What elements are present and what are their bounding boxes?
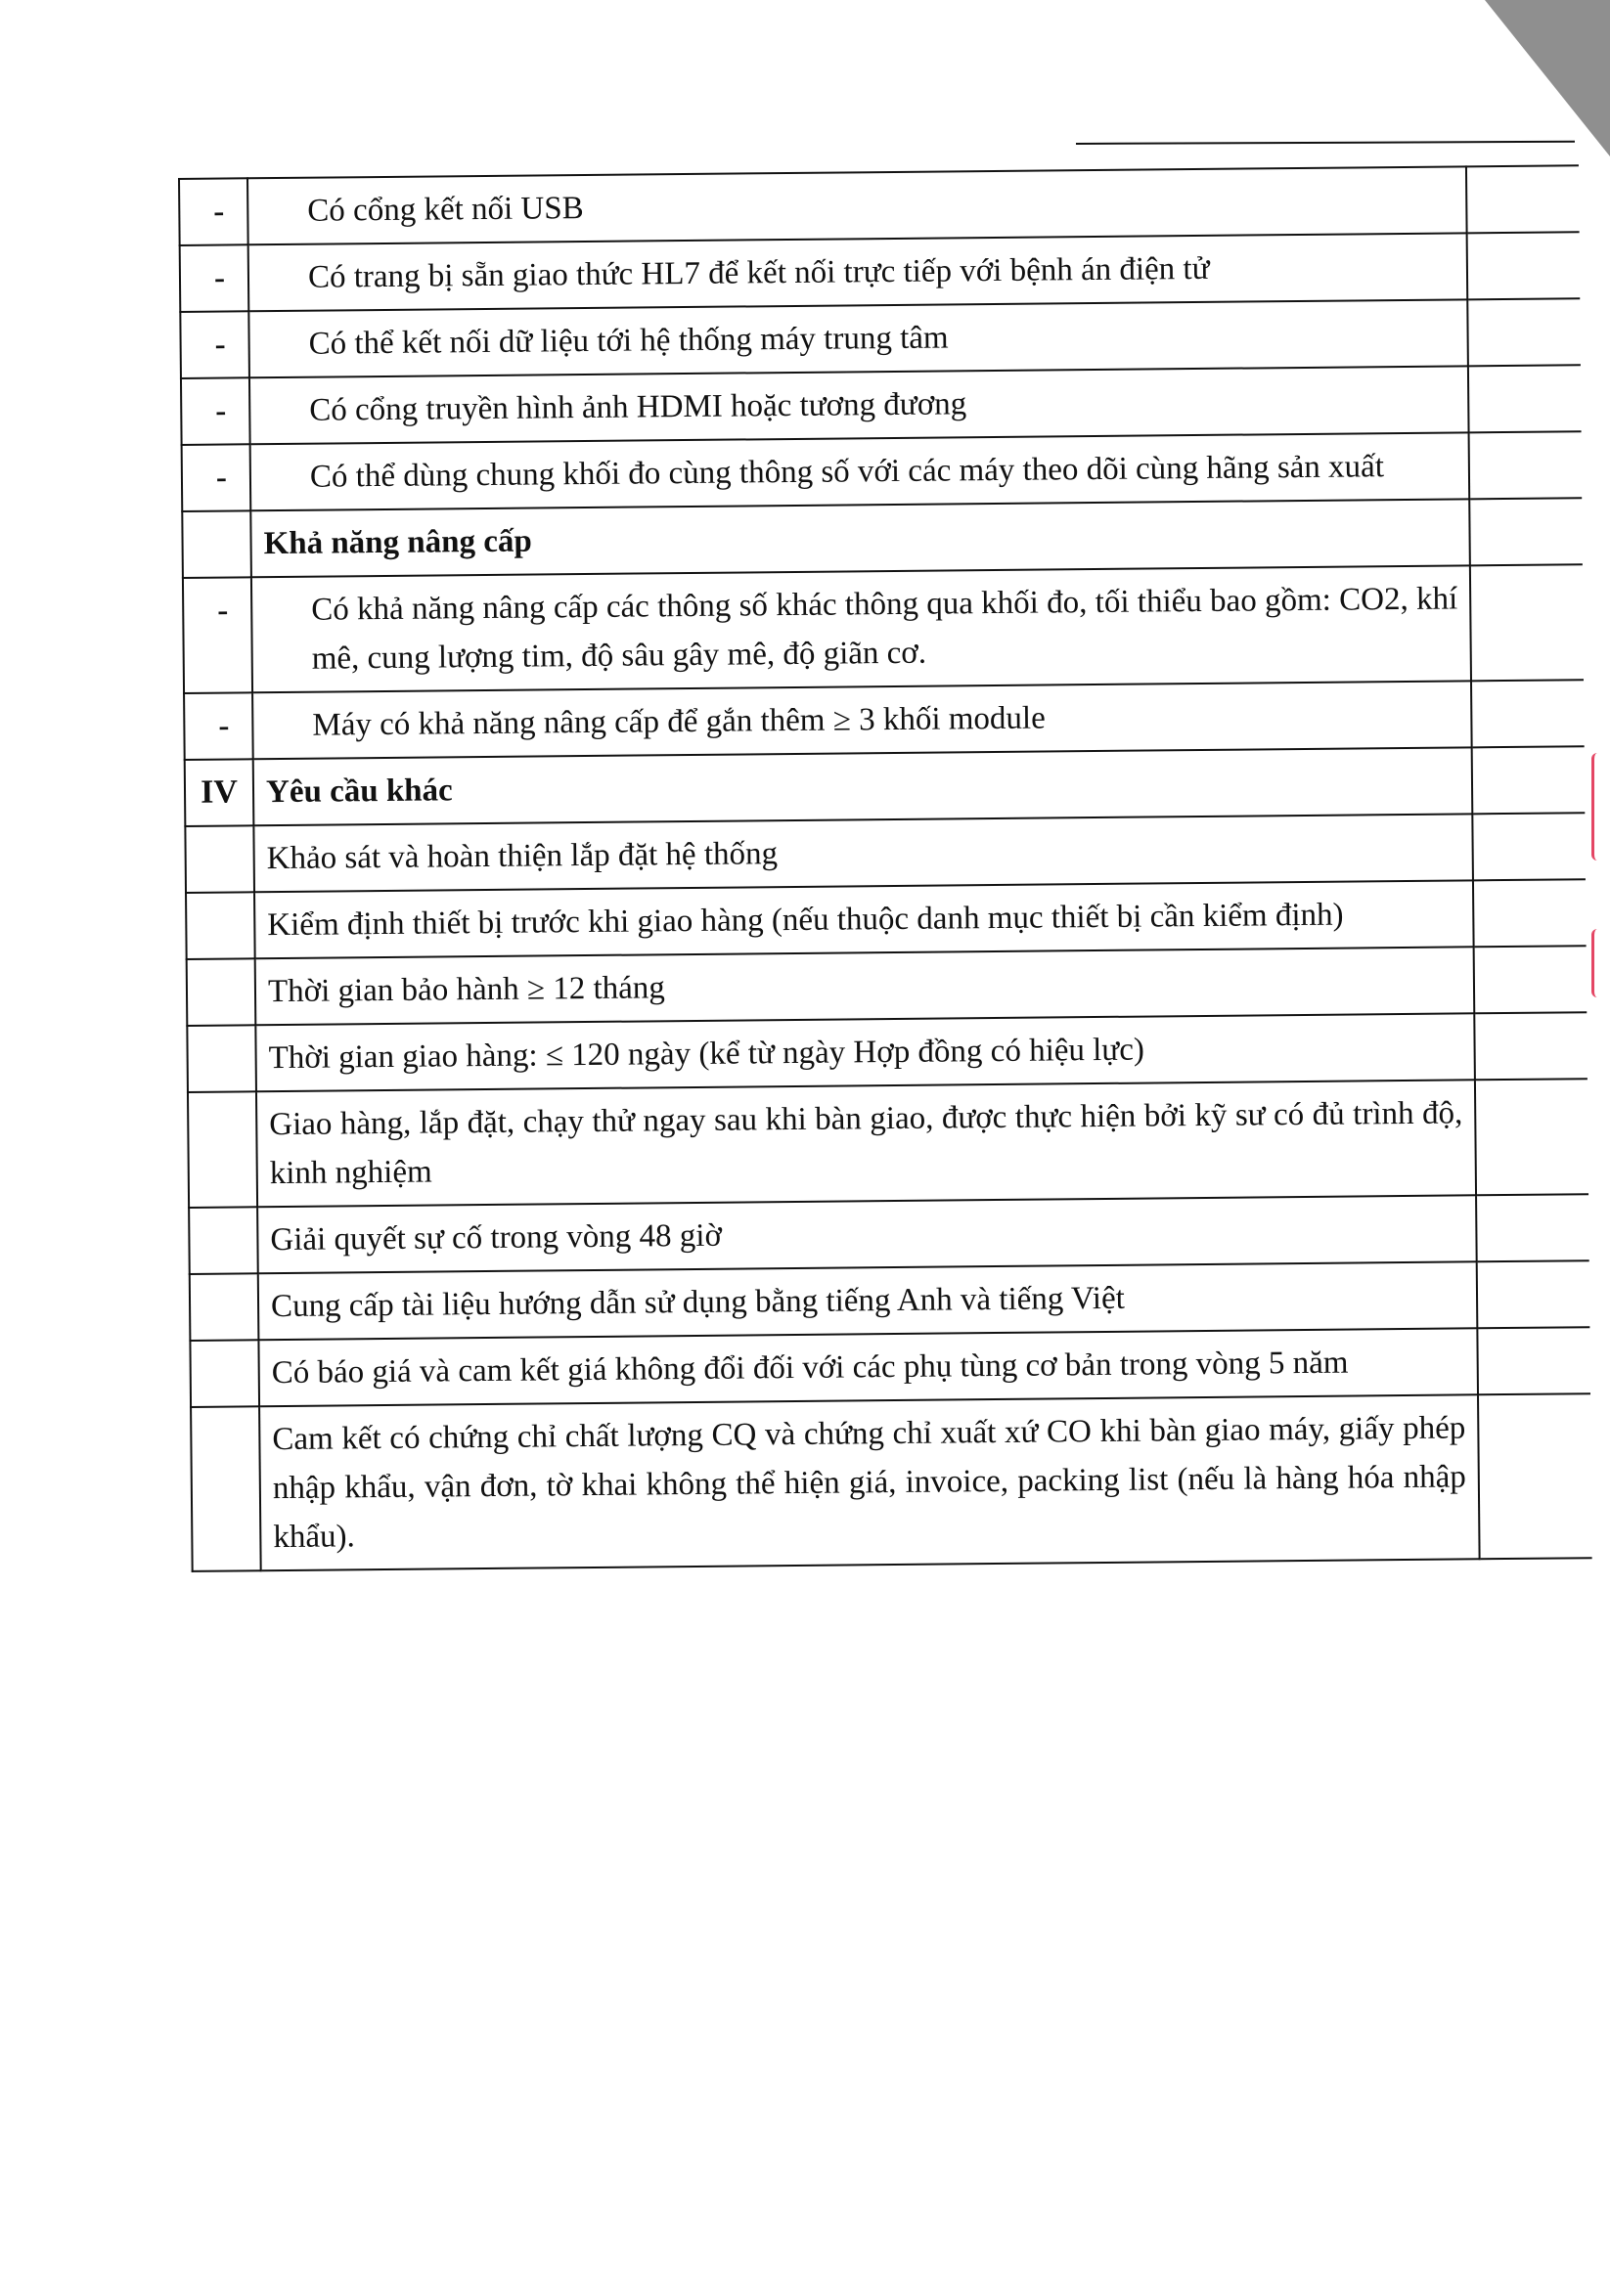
spec-table-wrapper: -Có cổng kết nối USB-Có trang bị sẵn gia…	[178, 164, 1590, 1572]
empty-note-cell	[1478, 1393, 1592, 1559]
requirement-cell: Giải quyết sự cố trong vòng 48 giờ	[257, 1195, 1477, 1273]
row-number-cell	[191, 1406, 261, 1571]
bullet-item: -Có thể kết nối dữ liệu tới hệ thống máy…	[261, 308, 1454, 369]
requirement-cell: Kiểm định thiết bị trước khi giao hàng (…	[254, 880, 1474, 958]
bullet-item: -Có trang bị sẵn giao thức HL7 để kết nố…	[261, 242, 1454, 302]
empty-note-cell	[1473, 879, 1587, 947]
requirement-text: Có thể kết nối dữ liệu tới hệ thống máy …	[308, 320, 948, 361]
bullet-item: -Có khả năng nâng cấp các thông số khác …	[264, 574, 1458, 684]
requirement-cell: -Có cổng truyền hình ảnh HDMI hoặc tương…	[249, 366, 1469, 444]
empty-note-cell	[1474, 1012, 1588, 1080]
empty-note-cell	[1467, 232, 1581, 299]
empty-note-cell	[1472, 746, 1586, 814]
dash-bullet-icon: -	[260, 187, 307, 236]
row-number-cell	[190, 1273, 259, 1341]
technical-requirements-table: -Có cổng kết nối USB-Có trang bị sẵn gia…	[178, 164, 1592, 1572]
empty-note-cell	[1469, 431, 1583, 499]
row-number-cell	[187, 1025, 256, 1092]
row-number-cell	[186, 892, 255, 959]
requirement-cell: -Có thể kết nối dữ liệu tới hệ thống máy…	[248, 299, 1468, 377]
scanned-page: -Có cổng kết nối USB-Có trang bị sẵn gia…	[0, 0, 1610, 2296]
requirement-cell: Thời gian bảo hành ≥ 12 tháng	[255, 947, 1475, 1025]
requirement-cell: Yêu cầu khác	[253, 747, 1473, 825]
dash-bullet-icon: -	[261, 320, 308, 369]
requirement-text: Thời gian bảo hành ≥ 12 tháng	[268, 970, 665, 1009]
requirement-text: Cam kết có chứng chỉ chất lượng CQ và ch…	[272, 1410, 1466, 1555]
empty-note-cell	[1466, 165, 1580, 233]
requirement-text: Có báo giá và cam kết giá không đổi đối …	[272, 1346, 1349, 1391]
requirement-cell: -Có trang bị sẵn giao thức HL7 để kết nố…	[248, 233, 1468, 311]
dash-bullet-icon: -	[265, 701, 312, 750]
dash-bullet-icon: -	[264, 586, 311, 635]
requirement-cell: Khảo sát và hoàn thiện lắp đặt hệ thống	[253, 814, 1473, 892]
row-number-cell	[185, 825, 254, 893]
requirement-cell: Cung cấp tài liệu hướng dẫn sử dụng bằng…	[258, 1261, 1478, 1340]
requirement-cell: Cam kết có chứng chỉ chất lượng CQ và ch…	[259, 1394, 1480, 1570]
requirement-text: Thời gian giao hàng: ≤ 120 ngày (kể từ n…	[268, 1033, 1144, 1077]
bullet-item: -Có cổng truyền hình ảnh HDMI hoặc tương…	[262, 375, 1455, 435]
table-body: -Có cổng kết nối USB-Có trang bị sẵn gia…	[179, 165, 1592, 1571]
dash-bullet-icon: -	[263, 453, 310, 502]
bullet-item: -Máy có khả năng nâng cấp để gắn thêm ≥ …	[265, 689, 1458, 750]
empty-note-cell	[1475, 1079, 1588, 1195]
empty-note-cell	[1471, 680, 1585, 747]
requirement-cell: Giao hàng, lắp đặt, chạy thử ngay sau kh…	[256, 1080, 1476, 1207]
empty-note-cell	[1470, 564, 1584, 681]
red-pen-mark	[1591, 929, 1608, 997]
bullet-item: -Có cổng kết nối USB	[260, 175, 1453, 236]
requirement-text: Giao hàng, lắp đặt, chạy thử ngay sau kh…	[269, 1095, 1462, 1191]
dash-bullet-icon: -	[262, 386, 309, 435]
table-row: Giao hàng, lắp đặt, chạy thử ngay sau kh…	[188, 1079, 1588, 1208]
red-pen-mark	[1591, 753, 1608, 861]
requirement-text: Có cổng kết nối USB	[307, 191, 584, 229]
requirement-text: Có trang bị sẵn giao thức HL7 để kết nối…	[308, 251, 1210, 295]
requirement-text: Máy có khả năng nâng cấp để gắn thêm ≥ 3…	[312, 701, 1046, 743]
empty-note-cell	[1477, 1327, 1590, 1394]
dash-bullet-icon: -	[261, 253, 308, 302]
requirement-text: Cung cấp tài liệu hướng dẫn sử dụng bằng…	[271, 1281, 1125, 1324]
row-number-cell	[190, 1340, 259, 1407]
requirement-cell: -Có cổng kết nối USB	[247, 166, 1467, 244]
requirement-cell: Có báo giá và cam kết giá không đổi đối …	[258, 1328, 1478, 1406]
section-heading: Yêu cầu khác	[266, 773, 453, 810]
requirement-text: Khảo sát và hoàn thiện lắp đặt hệ thống	[267, 836, 779, 876]
table-row: Cam kết có chứng chỉ chất lượng CQ và ch…	[191, 1393, 1592, 1571]
requirement-cell: -Máy có khả năng nâng cấp để gắn thêm ≥ …	[252, 681, 1472, 759]
row-number-cell	[189, 1207, 258, 1274]
section-heading: Khả năng nâng cấp	[263, 524, 532, 562]
empty-note-cell	[1476, 1194, 1589, 1261]
empty-note-cell	[1472, 813, 1586, 880]
requirement-text: Có thể dùng chung khối đo cùng thông số …	[310, 449, 1384, 495]
row-number-cell	[188, 1091, 257, 1208]
table-row: -Có khả năng nâng cấp các thông số khác …	[183, 564, 1584, 693]
empty-note-cell	[1467, 298, 1581, 366]
row-number-cell	[187, 958, 256, 1026]
requirement-cell: Thời gian giao hàng: ≤ 120 ngày (kể từ n…	[255, 1013, 1475, 1091]
requirement-cell: Khả năng nâng cấp	[250, 499, 1470, 577]
empty-note-cell	[1469, 498, 1583, 565]
scanner-corner-shadow	[1485, 0, 1610, 156]
requirement-text: Kiểm định thiết bị trước khi giao hàng (…	[267, 898, 1344, 944]
requirement-cell: -Có thể dùng chung khối đo cùng thông số…	[250, 432, 1470, 510]
row-number-cell: IV	[185, 759, 254, 826]
requirement-text: Có cổng truyền hình ảnh HDMI hoặc tương …	[309, 386, 966, 427]
requirement-text: Giải quyết sự cố trong vòng 48 giờ	[270, 1218, 722, 1258]
empty-note-cell	[1474, 946, 1588, 1013]
requirement-text: Có khả năng nâng cấp các thông số khác t…	[311, 581, 1457, 676]
bullet-item: -Có thể dùng chung khối đo cùng thông số…	[263, 441, 1456, 502]
empty-note-cell	[1468, 365, 1582, 432]
empty-note-cell	[1477, 1260, 1590, 1328]
row-number-cell	[182, 510, 251, 578]
requirement-cell: -Có khả năng nâng cấp các thông số khác …	[251, 565, 1471, 692]
